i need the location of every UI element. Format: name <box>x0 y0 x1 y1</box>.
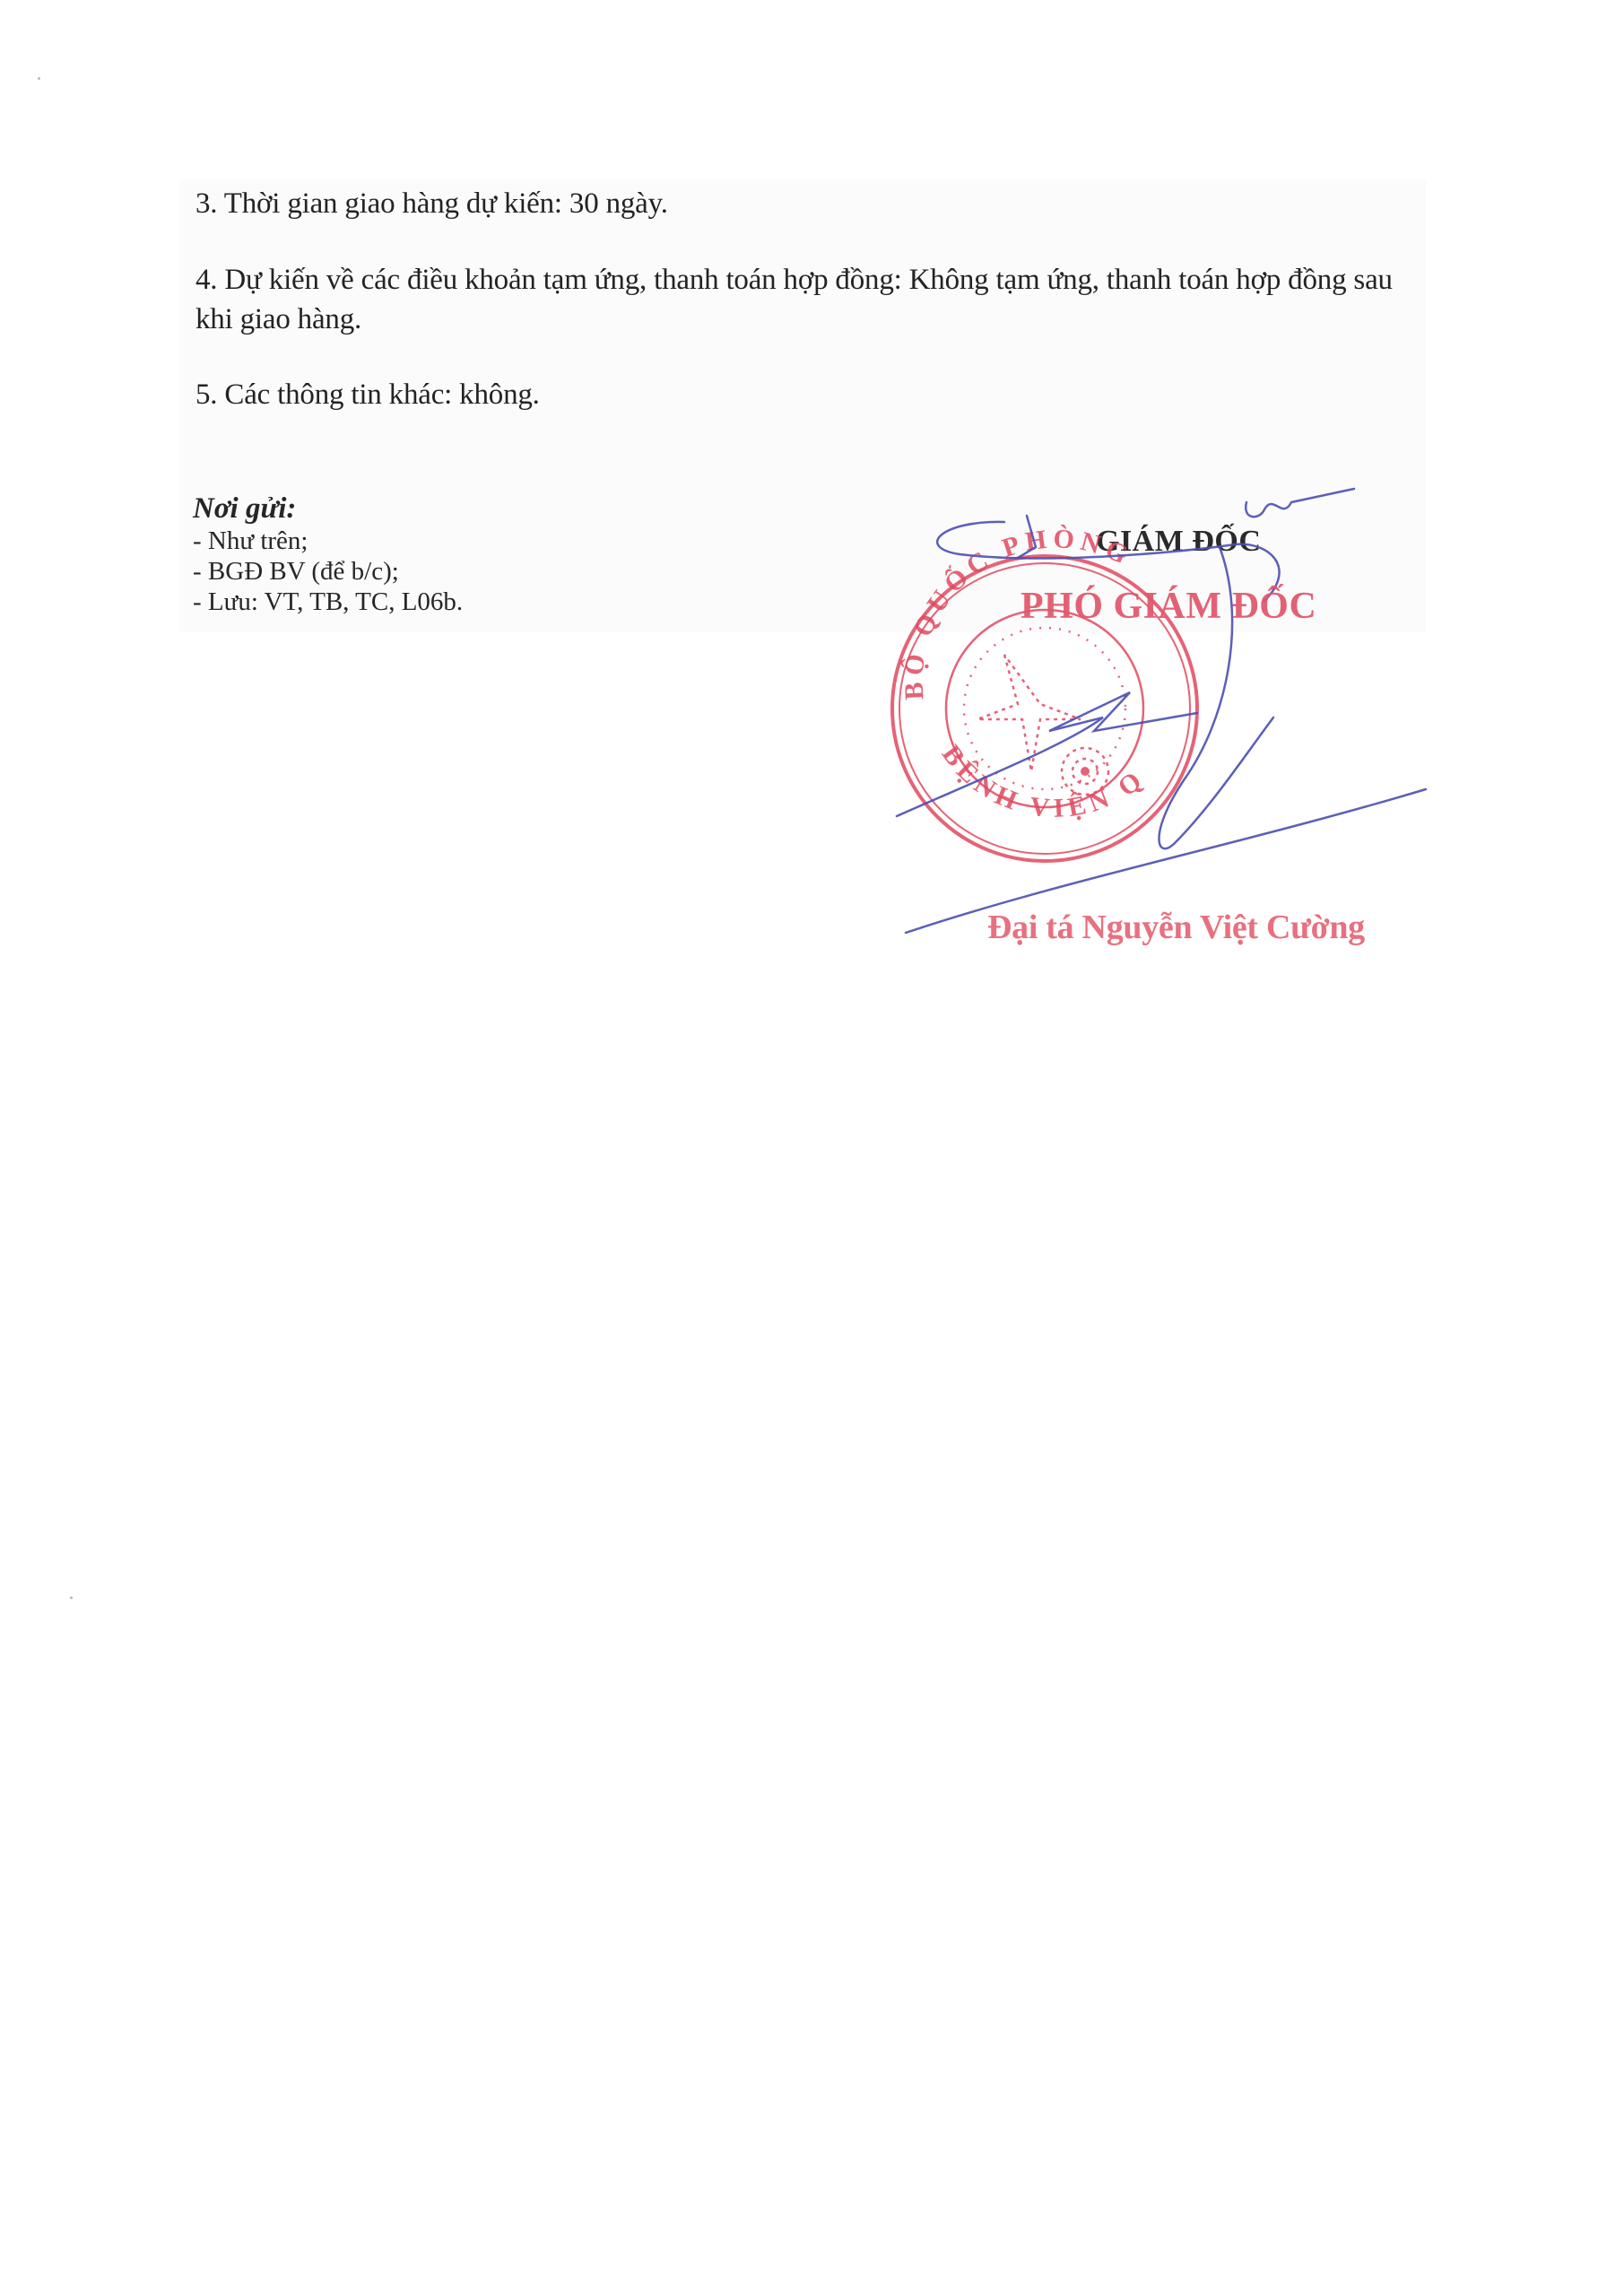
official-stamp: BỘ QUỐC PHÒNG BỆNH VIỆN QUÂN Y 175 KT. <box>888 484 1426 897</box>
scan-speck <box>70 1596 73 1599</box>
scan-speck <box>38 77 40 80</box>
title-prefix: KT. <box>1134 523 1184 556</box>
paragraph-payment-terms: 4. Dự kiến về các điều khoản tạm ứng, th… <box>195 260 1424 339</box>
paragraph-delivery-time: 3. Thời gian giao hàng dự kiến: 30 ngày. <box>195 184 668 223</box>
recipient-item: - BGĐ BV (để b/c); <box>193 556 463 587</box>
signer-name: Đại tá Nguyễn Việt Cường <box>987 908 1365 947</box>
recipient-item: - Như trên; <box>193 526 463 556</box>
recipients-block: Nơi gửi: - Như trên; - BGĐ BV (để b/c); … <box>193 493 463 617</box>
stamp-emblem-icon <box>964 628 1125 795</box>
paragraph-other-info: 5. Các thông tin khác: không. <box>195 375 540 414</box>
document-page: 3. Thời gian giao hàng dự kiến: 30 ngày.… <box>0 0 1624 2296</box>
recipients-label: Nơi gửi: <box>193 493 463 524</box>
signatory-subtitle: PHÓ GIÁM ĐỐC <box>1020 585 1316 628</box>
recipient-item: - Lưu: VT, TB, TC, L06b. <box>193 587 463 617</box>
